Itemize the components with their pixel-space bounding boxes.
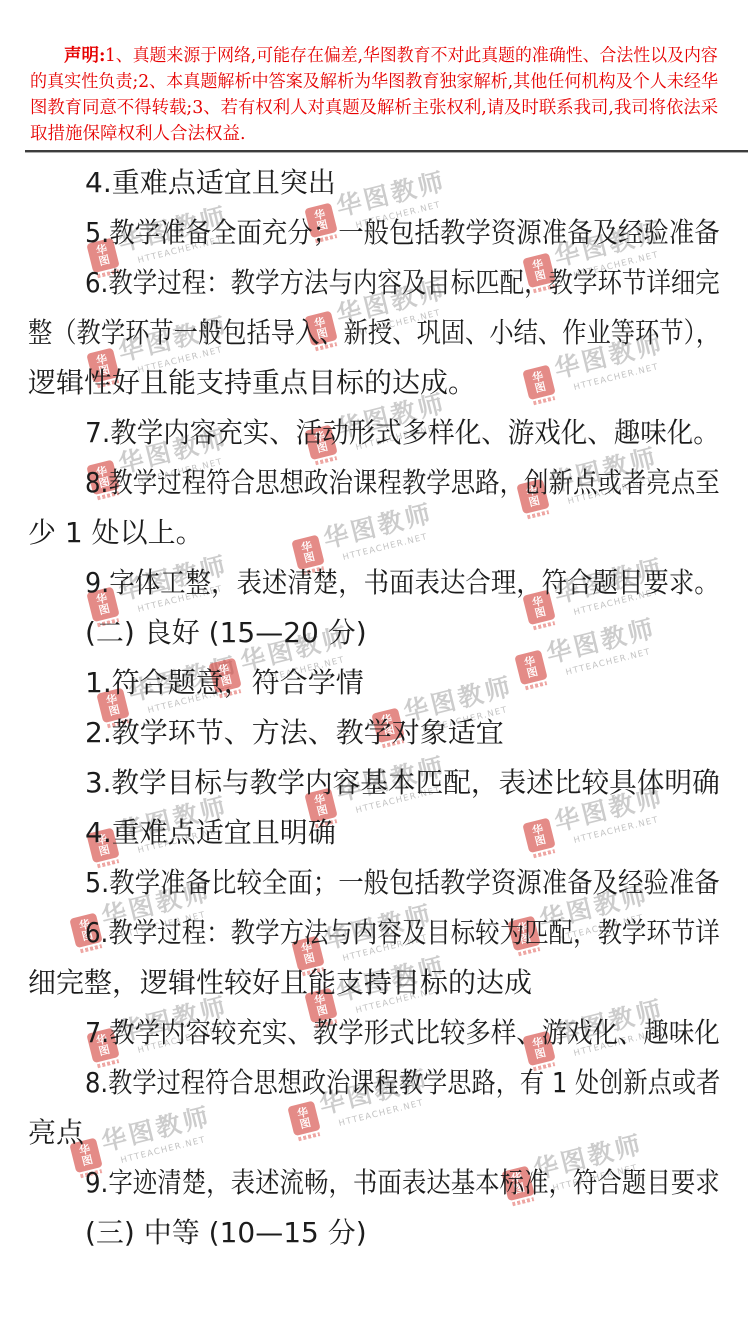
body-line: 6.教学过程：教学方法与内容及目标匹配，教学环节详细完 (28, 258, 720, 308)
disclaimer: 声明:1、真题来源于网络,可能存在偏差,华图教育不对此真题的准确性、合法性以及内… (30, 43, 718, 147)
body-line: 7.教学内容较充实、教学形式比较多样、游戏化、趣味化 (28, 1008, 720, 1058)
body-line-text: 8.教学过程符合思想政治课程教学思路，有 1 处创新点或者 (85, 1058, 720, 1108)
body-line: 亮点 (28, 1108, 720, 1158)
body-line-text: 5.教学准备比较全面；一般包括教学资源准备及经验准备 (85, 858, 720, 908)
body-line-text: 9.字迹清楚，表述流畅，书面表达基本标准，符合题目要求 (85, 1158, 720, 1208)
body-line: 细完整，逻辑性较好且能支持目标的达成 (28, 958, 720, 1008)
body-line-text: 少 1 处以上。 (28, 508, 204, 558)
body-line: 9.字迹清楚，表述流畅，书面表达基本标准，符合题目要求 (28, 1158, 720, 1208)
disclaimer-line: 图教育同意不得转载;3、若有权利人对真题及解析主张权利,请及时联系我司,我司将依… (30, 95, 718, 121)
body-line-text: 6.教学过程：教学方法与内容及目标较为匹配，教学环节详 (85, 908, 720, 958)
body-line: (二) 良好 (15—20 分) (28, 608, 720, 658)
body-line-text: 4.重难点适宜且明确 (85, 808, 336, 858)
disclaimer-text: 图教育同意不得转载;3、若有权利人对真题及解析主张权利,请及时联系我司,我司将依… (30, 95, 718, 121)
disclaimer-line: 声明:1、真题来源于网络,可能存在偏差,华图教育不对此真题的准确性、合法性以及内… (30, 43, 718, 69)
body-line-text: 1.符合题意，符合学情 (85, 658, 364, 708)
body-line: 2.教学环节、方法、教学对象适宜 (28, 708, 720, 758)
divider-line (25, 150, 748, 153)
body-line-text: 2.教学环节、方法、教学对象适宜 (85, 708, 504, 758)
body-line: 3.教学目标与教学内容基本匹配，表述比较具体明确 (28, 758, 720, 808)
body-line-text: 整（教学环节一般包括导入、新授、巩固、小结、作业等环节）， (28, 308, 720, 358)
body-line-text: 6.教学过程：教学方法与内容及目标匹配，教学环节详细完 (85, 258, 720, 308)
body-line-text: 亮点 (28, 1108, 84, 1158)
body-line: 8.教学过程符合思想政治课程教学思路，创新点或者亮点至 (28, 458, 720, 508)
disclaimer-text: 1、真题来源于网络,可能存在偏差,华图教育不对此真题的准确性、合法性以及内容 (105, 43, 718, 69)
disclaimer-prefix: 声明: (64, 46, 105, 66)
disclaimer-line: 的真实性负责;2、本真题解析中答案及解析为华图教育独家解析,其他任何机构及个人未… (30, 69, 718, 95)
body-line-text: (二) 良好 (15—20 分) (85, 608, 367, 658)
document-body: 4.重难点适宜且突出5.教学准备全面充分；一般包括教学资源准备及经验准备6.教学… (28, 158, 720, 1258)
body-line: 5.教学准备比较全面；一般包括教学资源准备及经验准备 (28, 858, 720, 908)
disclaimer-line: 取措施保障权利人合法权益. (30, 121, 718, 147)
body-line: 4.重难点适宜且明确 (28, 808, 720, 858)
disclaimer-text: 取措施保障权利人合法权益. (30, 121, 246, 147)
body-line: 4.重难点适宜且突出 (28, 158, 720, 208)
body-line: 5.教学准备全面充分；一般包括教学资源准备及经验准备 (28, 208, 720, 258)
disclaimer-text: 的真实性负责;2、本真题解析中答案及解析为华图教育独家解析,其他任何机构及个人未… (30, 69, 718, 95)
body-line-text: 9.字体工整，表述清楚，书面表达合理，符合题目要求。 (85, 558, 720, 608)
body-line: 9.字体工整，表述清楚，书面表达合理，符合题目要求。 (28, 558, 720, 608)
body-line-text: 7.教学内容充实、活动形式多样化、游戏化、趣味化。 (85, 408, 720, 458)
body-line-text: 细完整，逻辑性较好且能支持目标的达成 (28, 958, 532, 1008)
body-line-text: 5.教学准备全面充分；一般包括教学资源准备及经验准备 (85, 208, 720, 258)
body-line-text: (三) 中等 (10—15 分) (85, 1208, 367, 1258)
body-line-text: 逻辑性好且能支持重点目标的达成。 (28, 358, 476, 408)
body-line-text: 4.重难点适宜且突出 (85, 158, 336, 208)
body-line: 1.符合题意，符合学情 (28, 658, 720, 708)
document-page: 华图华图教师HTTEACHER.NET华图华图教师HTTEACHER.NET华图… (0, 0, 748, 1335)
body-line-text: 3.教学目标与教学内容基本匹配，表述比较具体明确 (85, 758, 720, 808)
body-line: 少 1 处以上。 (28, 508, 720, 558)
body-line: (三) 中等 (10—15 分) (28, 1208, 720, 1258)
body-line: 6.教学过程：教学方法与内容及目标较为匹配，教学环节详 (28, 908, 720, 958)
body-line-text: 7.教学内容较充实、教学形式比较多样、游戏化、趣味化 (85, 1008, 720, 1058)
body-line: 逻辑性好且能支持重点目标的达成。 (28, 358, 720, 408)
body-line: 整（教学环节一般包括导入、新授、巩固、小结、作业等环节）， (28, 308, 720, 358)
body-line: 7.教学内容充实、活动形式多样化、游戏化、趣味化。 (28, 408, 720, 458)
body-line: 8.教学过程符合思想政治课程教学思路，有 1 处创新点或者 (28, 1058, 720, 1108)
body-line-text: 8.教学过程符合思想政治课程教学思路，创新点或者亮点至 (85, 458, 720, 508)
